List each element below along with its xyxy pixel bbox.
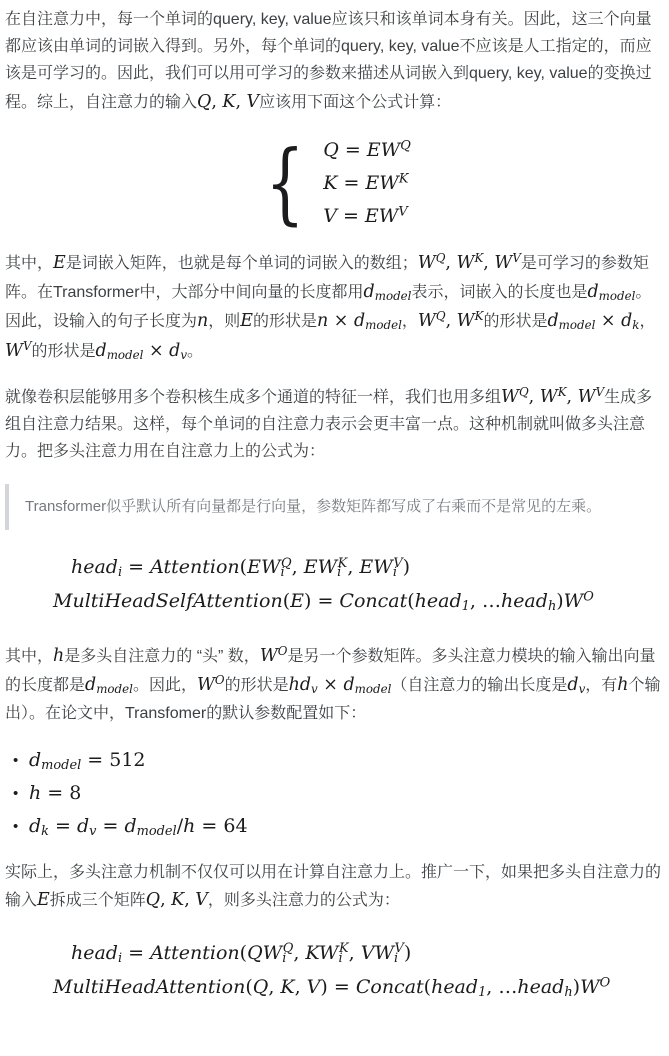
inline-math: hdv × dmodel (289, 675, 392, 695)
note-blockquote: Transformer似乎默认所有向量都是行向量，参数矩阵都写成了右乘而不是常见… (5, 484, 663, 530)
inline-math: E (37, 890, 50, 910)
paragraph-multihead: 就像卷积层能够用多个卷积核生成多个通道的特征一样，我们也用多组WQ, WK, W… (5, 383, 663, 466)
inline-math: WQ, WK, WV (418, 253, 521, 273)
inline-math: dmodel = 512 (29, 749, 146, 771)
text-run: 。 (187, 343, 203, 360)
param-item: h = 8 (5, 778, 663, 809)
math-line: headi = Attention(EWiQ, EWiK, EWiV) (53, 550, 663, 584)
param-item: dmodel = 512 (5, 745, 663, 776)
inline-math: h (617, 675, 628, 695)
inline-math: dmodel × dk (547, 311, 639, 331)
inline-math: Q, K, V (197, 92, 259, 112)
inline-math: WV (5, 341, 32, 361)
inline-math: h = 8 (29, 782, 81, 804)
article-body: 在自注意力中，每一个单词的query, key, value应该只和该单词本身有… (0, 0, 669, 1056)
note-text: Transformer似乎默认所有向量都是行向量，参数矩阵都写成了右乘而不是常见… (25, 498, 601, 515)
inline-math: WQ, WK, WV (501, 387, 604, 407)
inline-math: dk = dv = dmodel/h = 64 (29, 815, 248, 837)
formula-qkv-cases: {Q = EWQK = EWKV = EWV (5, 134, 663, 233)
paragraph-shapes: 其中，E是词嵌入矩阵，也就是每个单词的词嵌入的数组；WQ, WK, WV是可学习… (5, 249, 663, 366)
left-brace: { (266, 139, 305, 227)
text-run: ，则多头注意力的公式为： (208, 892, 400, 909)
text-run: 的形状是 (483, 313, 547, 330)
cases-column: Q = EWQK = EWKV = EWV (323, 134, 411, 233)
text-run: 是词嵌入矩阵，也就是每个单词的词嵌入的数组； (66, 255, 418, 272)
text-run: 拆成三个矩阵 (50, 892, 146, 909)
text-run: 是多头自注意力的 “头” 数， (64, 648, 260, 665)
math-line: MultiHeadSelfAttention(E) = Concat(head1… (53, 584, 663, 618)
text-run: ，则 (208, 313, 240, 330)
text-run: ，有 (585, 677, 617, 694)
inline-math: WO (260, 646, 288, 666)
paragraph-params: 其中，h是多头自注意力的 “头” 数，WO是另一个参数矩阵。多头注意力模块的输入… (5, 642, 663, 727)
inline-math: h (53, 646, 64, 666)
inline-math: WQ, WK (418, 311, 484, 331)
text-run: ， (639, 313, 655, 330)
text-run: 应该用下面这个公式计算： (259, 94, 451, 111)
text-run: 其中， (5, 255, 53, 272)
inline-math: dv (567, 675, 585, 695)
paragraph-intro: 在自注意力中，每一个单词的query, key, value应该只和该单词本身有… (5, 7, 663, 117)
text-run: 。因此， (133, 677, 197, 694)
text-run: ， (402, 313, 418, 330)
formula-multihead-attention: headi = Attention(QWiQ, KWiK, VWiV)Multi… (5, 936, 663, 1004)
math-line: V = EWV (323, 200, 411, 233)
inline-math: WO (197, 675, 225, 695)
text-run: （自注意力的输出长度是 (391, 677, 567, 694)
text-run: 其中， (5, 648, 53, 665)
inline-math: Q, K, V (146, 890, 208, 910)
inline-math: E (240, 311, 253, 331)
math-line: K = EWK (323, 167, 411, 200)
math-line: headi = Attention(QWiQ, KWiK, VWiV) (53, 936, 663, 970)
text-run: 表示，词嵌入的长度也是 (411, 284, 587, 301)
text-run: 的形状是 (253, 313, 317, 330)
inline-math: n (197, 311, 208, 331)
text-run: 的形状是 (225, 677, 289, 694)
inline-math: dmodel (364, 282, 412, 302)
inline-math: E (53, 253, 66, 273)
text-run: 就像卷积层能够用多个卷积核生成多个通道的特征一样，我们也用多组 (5, 389, 501, 406)
inline-math: dmodel (85, 675, 133, 695)
inline-math: dmodel (587, 282, 635, 302)
param-list: dmodel = 512h = 8dk = dv = dmodel/h = 64 (5, 745, 663, 842)
text-run: 的形状是 (32, 343, 96, 360)
inline-math: dmodel × dv (96, 341, 188, 361)
param-item: dk = dv = dmodel/h = 64 (5, 811, 663, 842)
formula-multihead-self-attention: headi = Attention(EWiQ, EWiK, EWiV)Multi… (5, 550, 663, 618)
math-line: MultiHeadAttention(Q, K, V) = Concat(hea… (53, 970, 663, 1004)
inline-math: n × dmodel (317, 311, 402, 331)
paragraph-generalize: 实际上，多头注意力机制不仅仅可以用在计算自注意力上。推广一下，如果把多头自注意力… (5, 860, 663, 916)
math-line: Q = EWQ (323, 134, 411, 167)
